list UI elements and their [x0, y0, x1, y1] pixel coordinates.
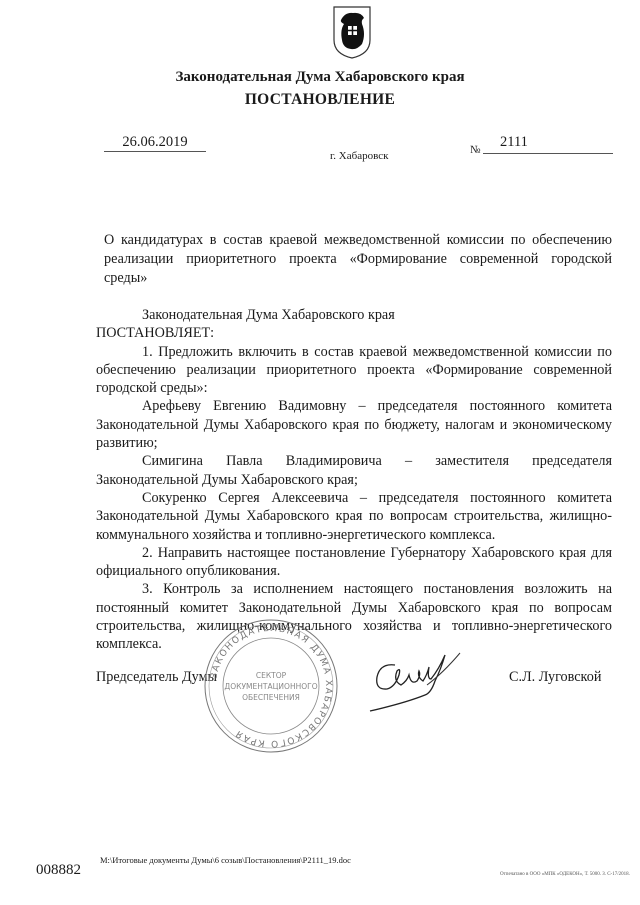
print-note: Отпечатано в ООО «МПК «ОДЕКОН», Т. 5000.… [500, 872, 630, 877]
document-type: ПОСТАНОВЛЕНИЕ [0, 91, 640, 109]
coat-of-arms-icon [331, 4, 373, 60]
preamble-body: Законодательная Дума Хабаровского края [96, 306, 612, 324]
signer-name: С.Л. Луговской [509, 669, 601, 686]
preamble-decides: ПОСТАНОВЛЯЕТ: [96, 324, 612, 342]
document-number: 2111 [500, 134, 528, 151]
clause-3: 3. Контроль за исполнением настоящего по… [96, 580, 612, 653]
svg-text:СЕКТОР: СЕКТОР [256, 671, 287, 680]
candidate-1: Арефьеву Евгению Вадимовну – председател… [96, 397, 612, 452]
city: г. Хабаровск [330, 150, 388, 162]
candidate-3: Сокуренко Сергея Алексеевича – председат… [96, 489, 612, 544]
official-stamp-icon: ЗАКОНОДАТЕЛЬНАЯ ДУМА ХАБАРОВСКОГО КРАЯ С… [196, 616, 346, 756]
svg-text:ДОКУМЕНТАЦИОННОГО: ДОКУМЕНТАЦИОННОГО [224, 682, 317, 691]
handwritten-signature-icon [365, 645, 475, 715]
svg-text:ОБЕСПЕЧЕНИЯ: ОБЕСПЕЧЕНИЯ [242, 693, 300, 702]
document-date: 26.06.2019 [105, 134, 205, 151]
document-body: Законодательная Дума Хабаровского края П… [96, 306, 612, 654]
document-subject: О кандидатурах в состав краевой межведом… [104, 231, 612, 288]
date-underline [104, 151, 206, 152]
number-underline [483, 153, 613, 154]
candidate-2: Симигина Павла Владимировича – заместите… [96, 452, 612, 489]
organization-name: Законодательная Дума Хабаровского края [0, 69, 640, 86]
clause-2: 2. Направить настоящее постановление Губ… [96, 544, 612, 581]
file-path: M:\Итоговые документы Думы\6 созыв\Поста… [100, 855, 351, 865]
clause-1: 1. Предложить включить в состав краевой … [96, 343, 612, 398]
number-sign: № [470, 144, 481, 156]
registration-number: 008882 [36, 862, 81, 879]
